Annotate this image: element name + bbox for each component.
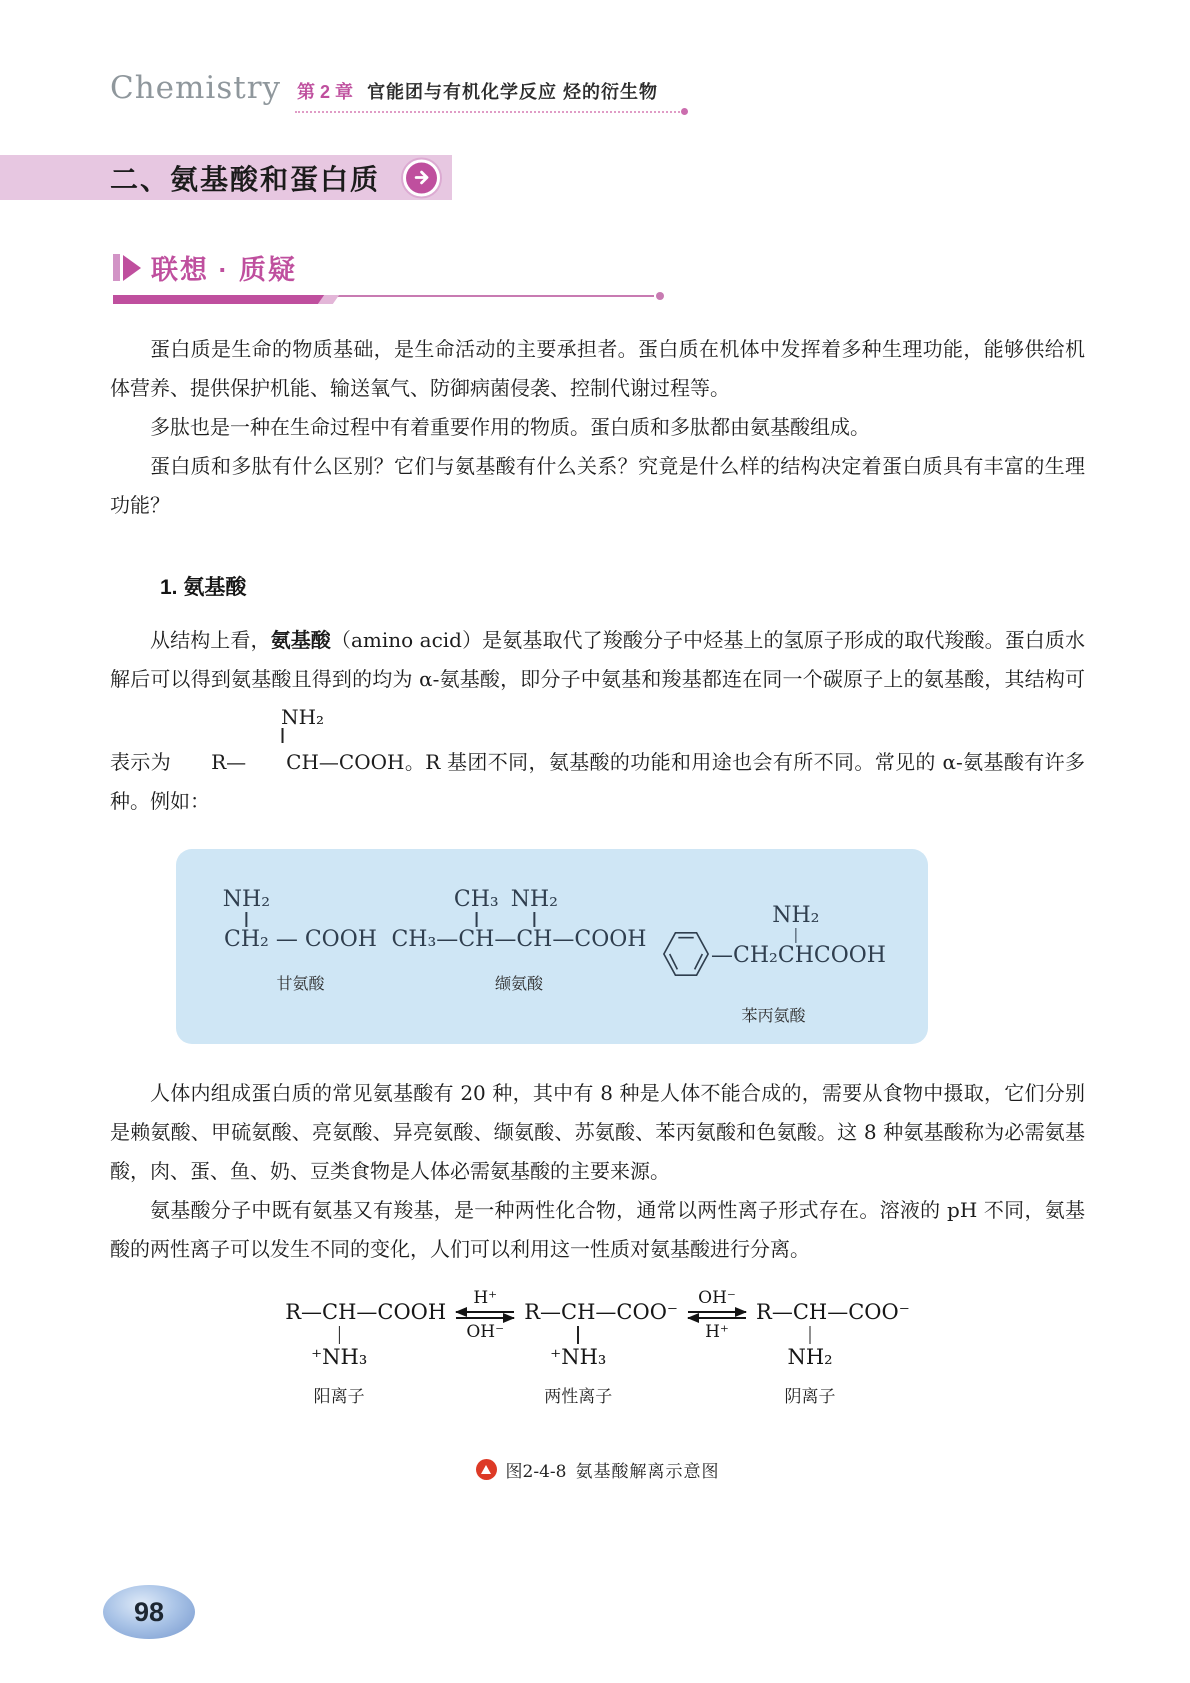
valine-formula: CH₃—CH₃CH—NH₂CH—COOH bbox=[391, 881, 646, 953]
section-title: 二、氨基酸和蛋白质 bbox=[110, 158, 380, 198]
intro-paragraphs: 蛋白质是生命的物质基础，是生命活动的主要承担者。蛋白质在机体中发挥着多种生理功能… bbox=[110, 330, 1085, 525]
ammonium-group-label: ⁺NH₃ bbox=[550, 1345, 606, 1370]
amino-acid-paragraph: 从结构上看，氨基酸（amino acid）是氨基取代了羧酸分子中烃基上的氢原子形… bbox=[110, 621, 1085, 821]
intro-paragraph-1: 蛋白质是生命的物质基础，是生命活动的主要承担者。蛋白质在机体中发挥着多种生理功能… bbox=[110, 330, 1085, 408]
amine-group-label: NH₂ bbox=[772, 904, 819, 928]
triangle-marker-icon bbox=[476, 1459, 497, 1480]
phenylalanine-label: 苯丙氨酸 bbox=[741, 1003, 805, 1026]
amine-group-label: NH₂ bbox=[511, 888, 558, 912]
ammonium-group-label: ⁺NH₃ bbox=[311, 1345, 367, 1370]
equilibrium-arrows-1: H⁺ OH⁻ bbox=[450, 1287, 520, 1343]
body-paragraph-2: 氨基酸分子中既有氨基又有羧基，是一种两性化合物，通常以两性离子形式存在。溶液的 … bbox=[110, 1191, 1085, 1269]
anion-label: 阴离子 bbox=[785, 1386, 836, 1408]
chapter-number: 第 2 章 bbox=[297, 78, 353, 104]
bond-line bbox=[476, 912, 478, 927]
valine-structure: CH₃—CH₃CH—NH₂CH—COOH 缬氨酸 bbox=[391, 881, 646, 1026]
bond-line bbox=[282, 728, 284, 743]
h-plus-label: H⁺ bbox=[473, 1287, 497, 1309]
alpha-carbon: NH₂CH bbox=[246, 743, 319, 782]
carboxyl-group: —COOH bbox=[319, 750, 405, 774]
header-line-dot-icon bbox=[681, 108, 688, 115]
valine-label: 缬氨酸 bbox=[495, 971, 543, 994]
amine-group-label: NH₂ bbox=[223, 888, 270, 912]
bond-line bbox=[338, 1326, 340, 1344]
glycine-label: 甘氨酸 bbox=[276, 971, 324, 994]
equilibrium-harpoons-icon bbox=[688, 1311, 746, 1319]
page-number-badge: 98 bbox=[103, 1585, 195, 1639]
cation-structure: R—CH⁺NH₃阳离子—COOH bbox=[285, 1299, 446, 1326]
chapter-header: 第 2 章 官能团与有机化学反应 烃的衍生物 bbox=[295, 78, 684, 113]
amino-acid-examples-box: NH₂CH₂ — COOH 甘氨酸 CH₃—CH₃CH—NH₂CH—COOH 缬… bbox=[176, 849, 928, 1044]
formula-r-group: R— bbox=[211, 750, 246, 774]
bond-line bbox=[577, 1326, 579, 1344]
intro-paragraph-2: 多肽也是一种在生命过程中有着重要作用的物质。蛋白质和多肽都由氨基酸组成。 bbox=[110, 408, 1085, 447]
figure-caption: 图2-4-8 氨基酸解离示意图 bbox=[110, 1457, 1085, 1482]
arrow-icon bbox=[406, 162, 437, 193]
arrow-circle-icon bbox=[401, 157, 442, 198]
intro-paragraph-3: 蛋白质和多肽有什么区别？它们与氨基酸有什么关系？究竟是什么样的结构决定着蛋白质具… bbox=[110, 447, 1085, 525]
bond-line bbox=[795, 928, 797, 943]
amino-term-bold: 氨基酸 bbox=[271, 628, 331, 652]
body-paragraph-1: 人体内组成蛋白质的常见氨基酸有 20 种，其中有 8 种是人体不能合成的，需要从… bbox=[110, 1074, 1085, 1191]
section-title-bar: 二、氨基酸和蛋白质 bbox=[0, 155, 452, 200]
inline-amino-structure: R—NH₂CH—COOH bbox=[171, 699, 404, 782]
equilibrium-arrows-2: OH⁻ H⁺ bbox=[682, 1287, 752, 1343]
bond-line bbox=[534, 912, 536, 927]
zwitterion-structure: R—CH⁺NH₃两性离子—COO⁻ bbox=[524, 1299, 678, 1326]
anion-structure: R—CHNH₂阴离子—COO⁻ bbox=[756, 1299, 910, 1326]
figure-number: 图2-4-8 bbox=[506, 1457, 567, 1482]
equilibrium-harpoons-icon bbox=[456, 1311, 514, 1319]
callout-divider bbox=[113, 295, 1085, 304]
phenylalanine-structure: —CH₂NH₂CHCOOH 苯丙氨酸 bbox=[661, 881, 886, 1026]
figure-title: 氨基酸解离示意图 bbox=[575, 1457, 719, 1482]
oh-minus-label: OH⁻ bbox=[466, 1321, 504, 1343]
methyl-group-label: CH₃ bbox=[454, 888, 499, 912]
h-plus-label: H⁺ bbox=[705, 1321, 729, 1343]
amino-text-lead: 从结构上看， bbox=[150, 628, 271, 652]
divider-bar bbox=[113, 295, 325, 304]
flag-triangle-icon bbox=[113, 254, 141, 281]
bond-line bbox=[809, 1326, 811, 1344]
cation-label: 阳离子 bbox=[314, 1386, 365, 1408]
divider-line bbox=[336, 295, 654, 297]
chapter-title: 官能团与有机化学反应 烃的衍生物 bbox=[367, 78, 658, 104]
glycine-structure: NH₂CH₂ — COOH 甘氨酸 bbox=[224, 881, 377, 1026]
glycine-formula: NH₂CH₂ — COOH bbox=[224, 881, 377, 953]
divider-dot-icon bbox=[656, 292, 664, 300]
brand-text: Chemistry bbox=[110, 70, 281, 106]
phenylalanine-formula: —CH₂NH₂CHCOOH bbox=[661, 881, 886, 985]
page-number: 98 bbox=[134, 1597, 164, 1628]
zwitterion-label: 两性离子 bbox=[544, 1386, 612, 1408]
page-header: Chemistry 第 2 章 官能团与有机化学反应 烃的衍生物 bbox=[110, 70, 1085, 113]
amino-acid-heading: 1. 氨基酸 bbox=[160, 571, 1085, 601]
benzene-ring-icon bbox=[661, 927, 711, 981]
textbook-page: Chemistry 第 2 章 官能团与有机化学反应 烃的衍生物 二、氨基酸和蛋… bbox=[0, 0, 1190, 1683]
amine-group-label: NH₂ bbox=[241, 706, 324, 728]
ionization-diagram: R—CH⁺NH₃阳离子—COOH H⁺ OH⁻ R—CH⁺NH₃两性离子—COO… bbox=[110, 1299, 1085, 1455]
callout-title: 联想 · 质疑 bbox=[151, 248, 297, 287]
callout-header: 联想 · 质疑 bbox=[113, 248, 1085, 287]
oh-minus-label: OH⁻ bbox=[698, 1287, 736, 1309]
amine-group-label: NH₂ bbox=[787, 1345, 832, 1370]
bond-line bbox=[246, 912, 248, 927]
